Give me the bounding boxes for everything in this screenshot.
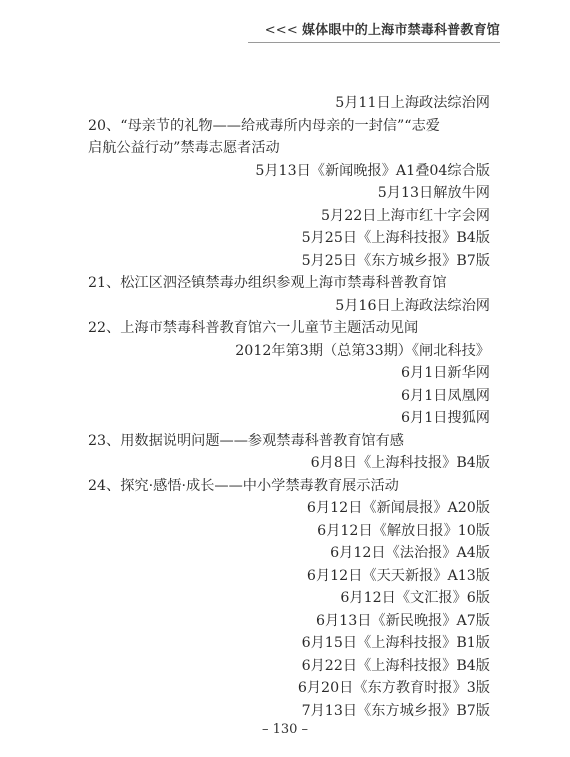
citation-line: 6月12日《新闻晨报》A20版 (88, 497, 490, 520)
citation-line: 6月12日《文汇报》6版 (88, 587, 490, 610)
citation-line: 5月11日上海政法综治网 (88, 92, 490, 115)
citation-line: 6月15日《上海科技报》B1版 (88, 632, 490, 655)
item-title: 21、松江区泗泾镇禁毒办组织参观上海市禁毒科普教育馆 (88, 272, 490, 295)
item-title: 20、“母亲节的礼物——给戒毒所内母亲的一封信”“志爱 (88, 115, 490, 138)
citation-line: 5月22日上海市红十字会网 (88, 205, 490, 228)
page-content: 5月11日上海政法综治网 20、“母亲节的礼物——给戒毒所内母亲的一封信”“志爱… (88, 92, 490, 722)
item-title: 24、探究·感悟·成长——中小学禁毒教育展示活动 (88, 475, 490, 498)
citation-line: 7月13日《东方城乡报》B7版 (88, 700, 490, 723)
citation-line: 5月16日上海政法综治网 (88, 295, 490, 318)
citation-line: 6月1日搜狐网 (88, 407, 490, 430)
citation-line: 5月13日解放牛网 (88, 182, 490, 205)
citation-line: 6月8日《上海科技报》B4版 (88, 452, 490, 475)
citation-line: 5月25日《东方城乡报》B7版 (88, 250, 490, 273)
header-arrows: <<< (265, 23, 298, 38)
citation-line: 5月13日《新闻晚报》A1叠04综合版 (88, 160, 490, 183)
citation-line: 6月12日《法治报》A4版 (88, 542, 490, 565)
item-title: 23、用数据说明问题——参观禁毒科普教育馆有感 (88, 430, 490, 453)
citation-line: 6月1日新华网 (88, 362, 490, 385)
item-title: 22、上海市禁毒科普教育馆六一儿童节主题活动见闻 (88, 317, 490, 340)
item-title-continued: 启航公益行动”禁毒志愿者活动 (88, 137, 490, 160)
citation-line: 6月20日《东方教育时报》3版 (88, 677, 490, 700)
header-title: 媒体眼中的上海市禁毒科普教育馆 (302, 23, 500, 38)
citation-line: 6月13日《新民晚报》A7版 (88, 610, 490, 633)
citation-line: 6月22日《上海科技报》B4版 (88, 655, 490, 678)
page-number: – 130 – (0, 722, 570, 737)
citation-line: 6月1日凤凰网 (88, 385, 490, 408)
running-header: <<<媒体眼中的上海市禁毒科普教育馆 (248, 22, 500, 43)
citation-line: 2012年第3期（总第33期）《闸北科技》 (88, 340, 490, 363)
citation-line: 5月25日《上海科技报》B4版 (88, 227, 490, 250)
citation-line: 6月12日《天天新报》A13版 (88, 565, 490, 588)
citation-line: 6月12日《解放日报》10版 (88, 520, 490, 543)
